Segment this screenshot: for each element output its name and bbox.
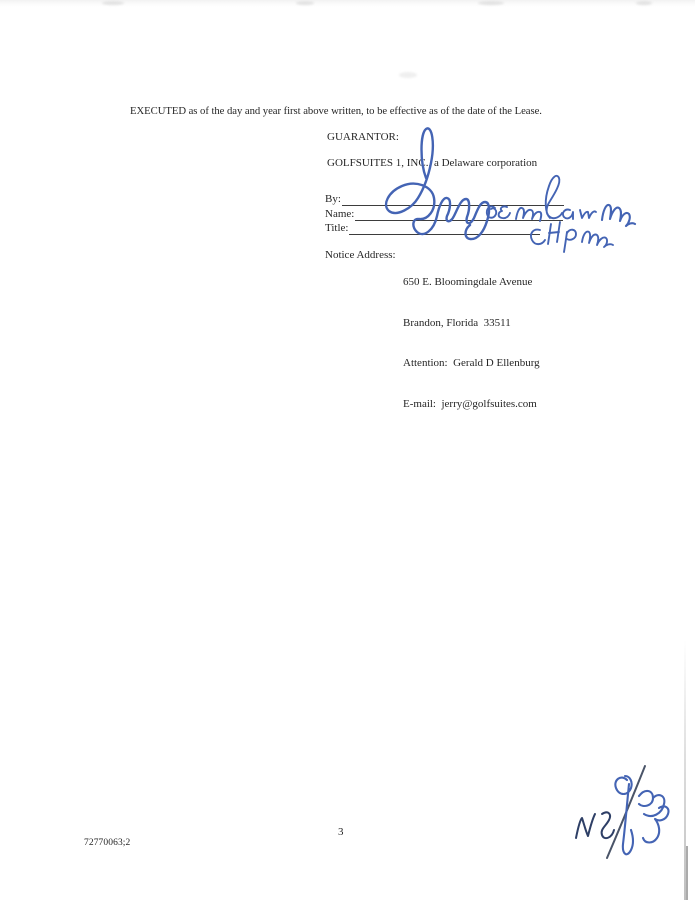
notice-address-email: E-mail: jerry@golfsuites.com (403, 398, 540, 412)
notice-address-block: 650 E. Bloomingdale Avenue Brandon, Flor… (403, 249, 540, 438)
handwritten-signature-ink (378, 118, 646, 258)
notice-address-attention: Attention: Gerald D Ellenburg (403, 357, 540, 371)
executed-statement: EXECUTED as of the day and year first ab… (130, 105, 600, 117)
name-label: Name: (325, 208, 355, 221)
scan-smudge (399, 72, 417, 78)
scanned-document-page: EXECUTED as of the day and year first ab… (0, 0, 695, 900)
scan-artifact-top-band (0, 0, 695, 7)
handwritten-initials-ink (563, 750, 675, 865)
page-number: 3 (338, 826, 344, 838)
title-label: Title: (325, 222, 349, 235)
notice-address-city: Brandon, Florida 33511 (403, 317, 540, 331)
by-label: By: (325, 193, 342, 206)
page-edge-shadow-bottom (686, 846, 688, 900)
notice-address-street: 650 E. Bloomingdale Avenue (403, 276, 540, 290)
document-id-footer: 72770063;2 (84, 838, 130, 848)
